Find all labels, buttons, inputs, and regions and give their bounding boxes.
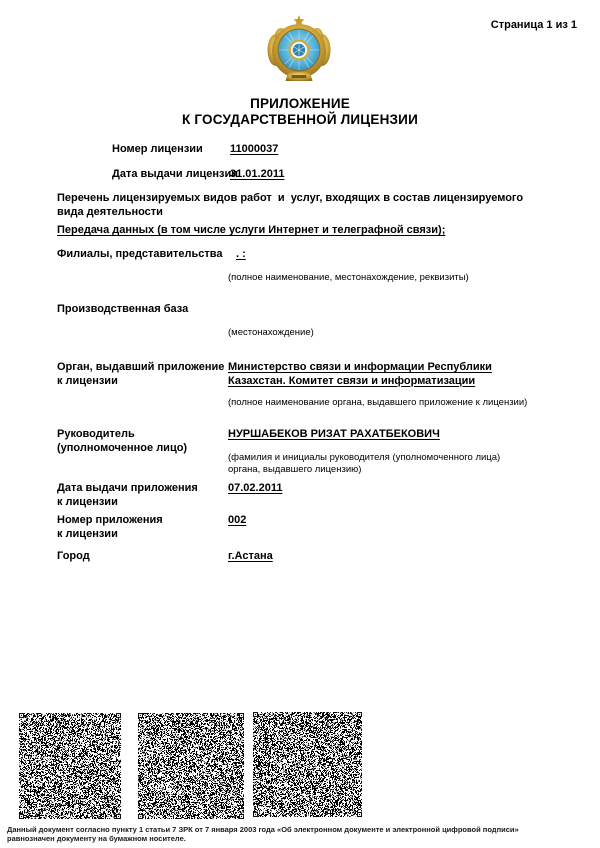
annex-number-label: Номер приложения к лицензии xyxy=(57,514,237,541)
branches-value: . : xyxy=(236,248,246,262)
document-title: ПРИЛОЖЕНИЕ К ГОСУДАРСТВЕННОЙ ЛИЦЕНЗИИ xyxy=(0,96,600,127)
annex-number-value: 002 xyxy=(228,514,246,528)
licensed-work-item: Передача данных (в том числе услуги Инте… xyxy=(57,224,445,238)
issuing-authority-caption: (полное наименование органа, выдавшего п… xyxy=(228,397,568,409)
annex-date-label: Дата выдачи приложения к лицензии xyxy=(57,482,237,509)
city-label: Город xyxy=(57,550,90,564)
branches-label: Филиалы, представительства xyxy=(57,248,222,262)
production-base-label: Производственная база xyxy=(57,303,188,317)
digital-signature-stamp-3 xyxy=(253,712,362,817)
digital-signature-stamp-1 xyxy=(19,713,121,819)
branches-caption: (полное наименование, местонахождение, р… xyxy=(228,272,558,284)
page-indicator: Страница 1 из 1 xyxy=(491,19,577,31)
license-issue-date-label: Дата выдачи лицензии xyxy=(112,168,238,182)
production-base-caption: (местонахождение) xyxy=(228,327,558,339)
issuing-authority-label: Орган, выдавший приложение к лицензии xyxy=(57,361,237,388)
license-number-value: 11000037 xyxy=(230,143,278,157)
annex-date-value: 07.02.2011 xyxy=(228,482,282,496)
head-caption: (фамилия и инициалы руководителя (уполно… xyxy=(228,452,568,475)
head-value: НУРШАБЕКОВ РИЗАТ РАХАТБЕКОВИЧ xyxy=(228,428,440,442)
issuing-authority-value: Министерство связи и информации Республи… xyxy=(228,361,558,388)
license-annex-document: Страница 1 из 1 xyxy=(0,0,600,848)
footer-disclaimer: Данный документ согласно пункту 1 статьи… xyxy=(7,825,577,843)
license-issue-date-value: 31.01.2011 xyxy=(230,168,284,182)
works-list-heading: Перечень лицензируемых видов работ и усл… xyxy=(57,192,562,219)
city-value: г.Астана xyxy=(228,550,273,564)
kazakhstan-emblem-icon xyxy=(267,14,331,84)
digital-signature-stamp-2 xyxy=(138,713,244,819)
head-label: Руководитель (уполномоченное лицо) xyxy=(57,428,237,455)
license-number-label: Номер лицензии xyxy=(112,143,203,157)
